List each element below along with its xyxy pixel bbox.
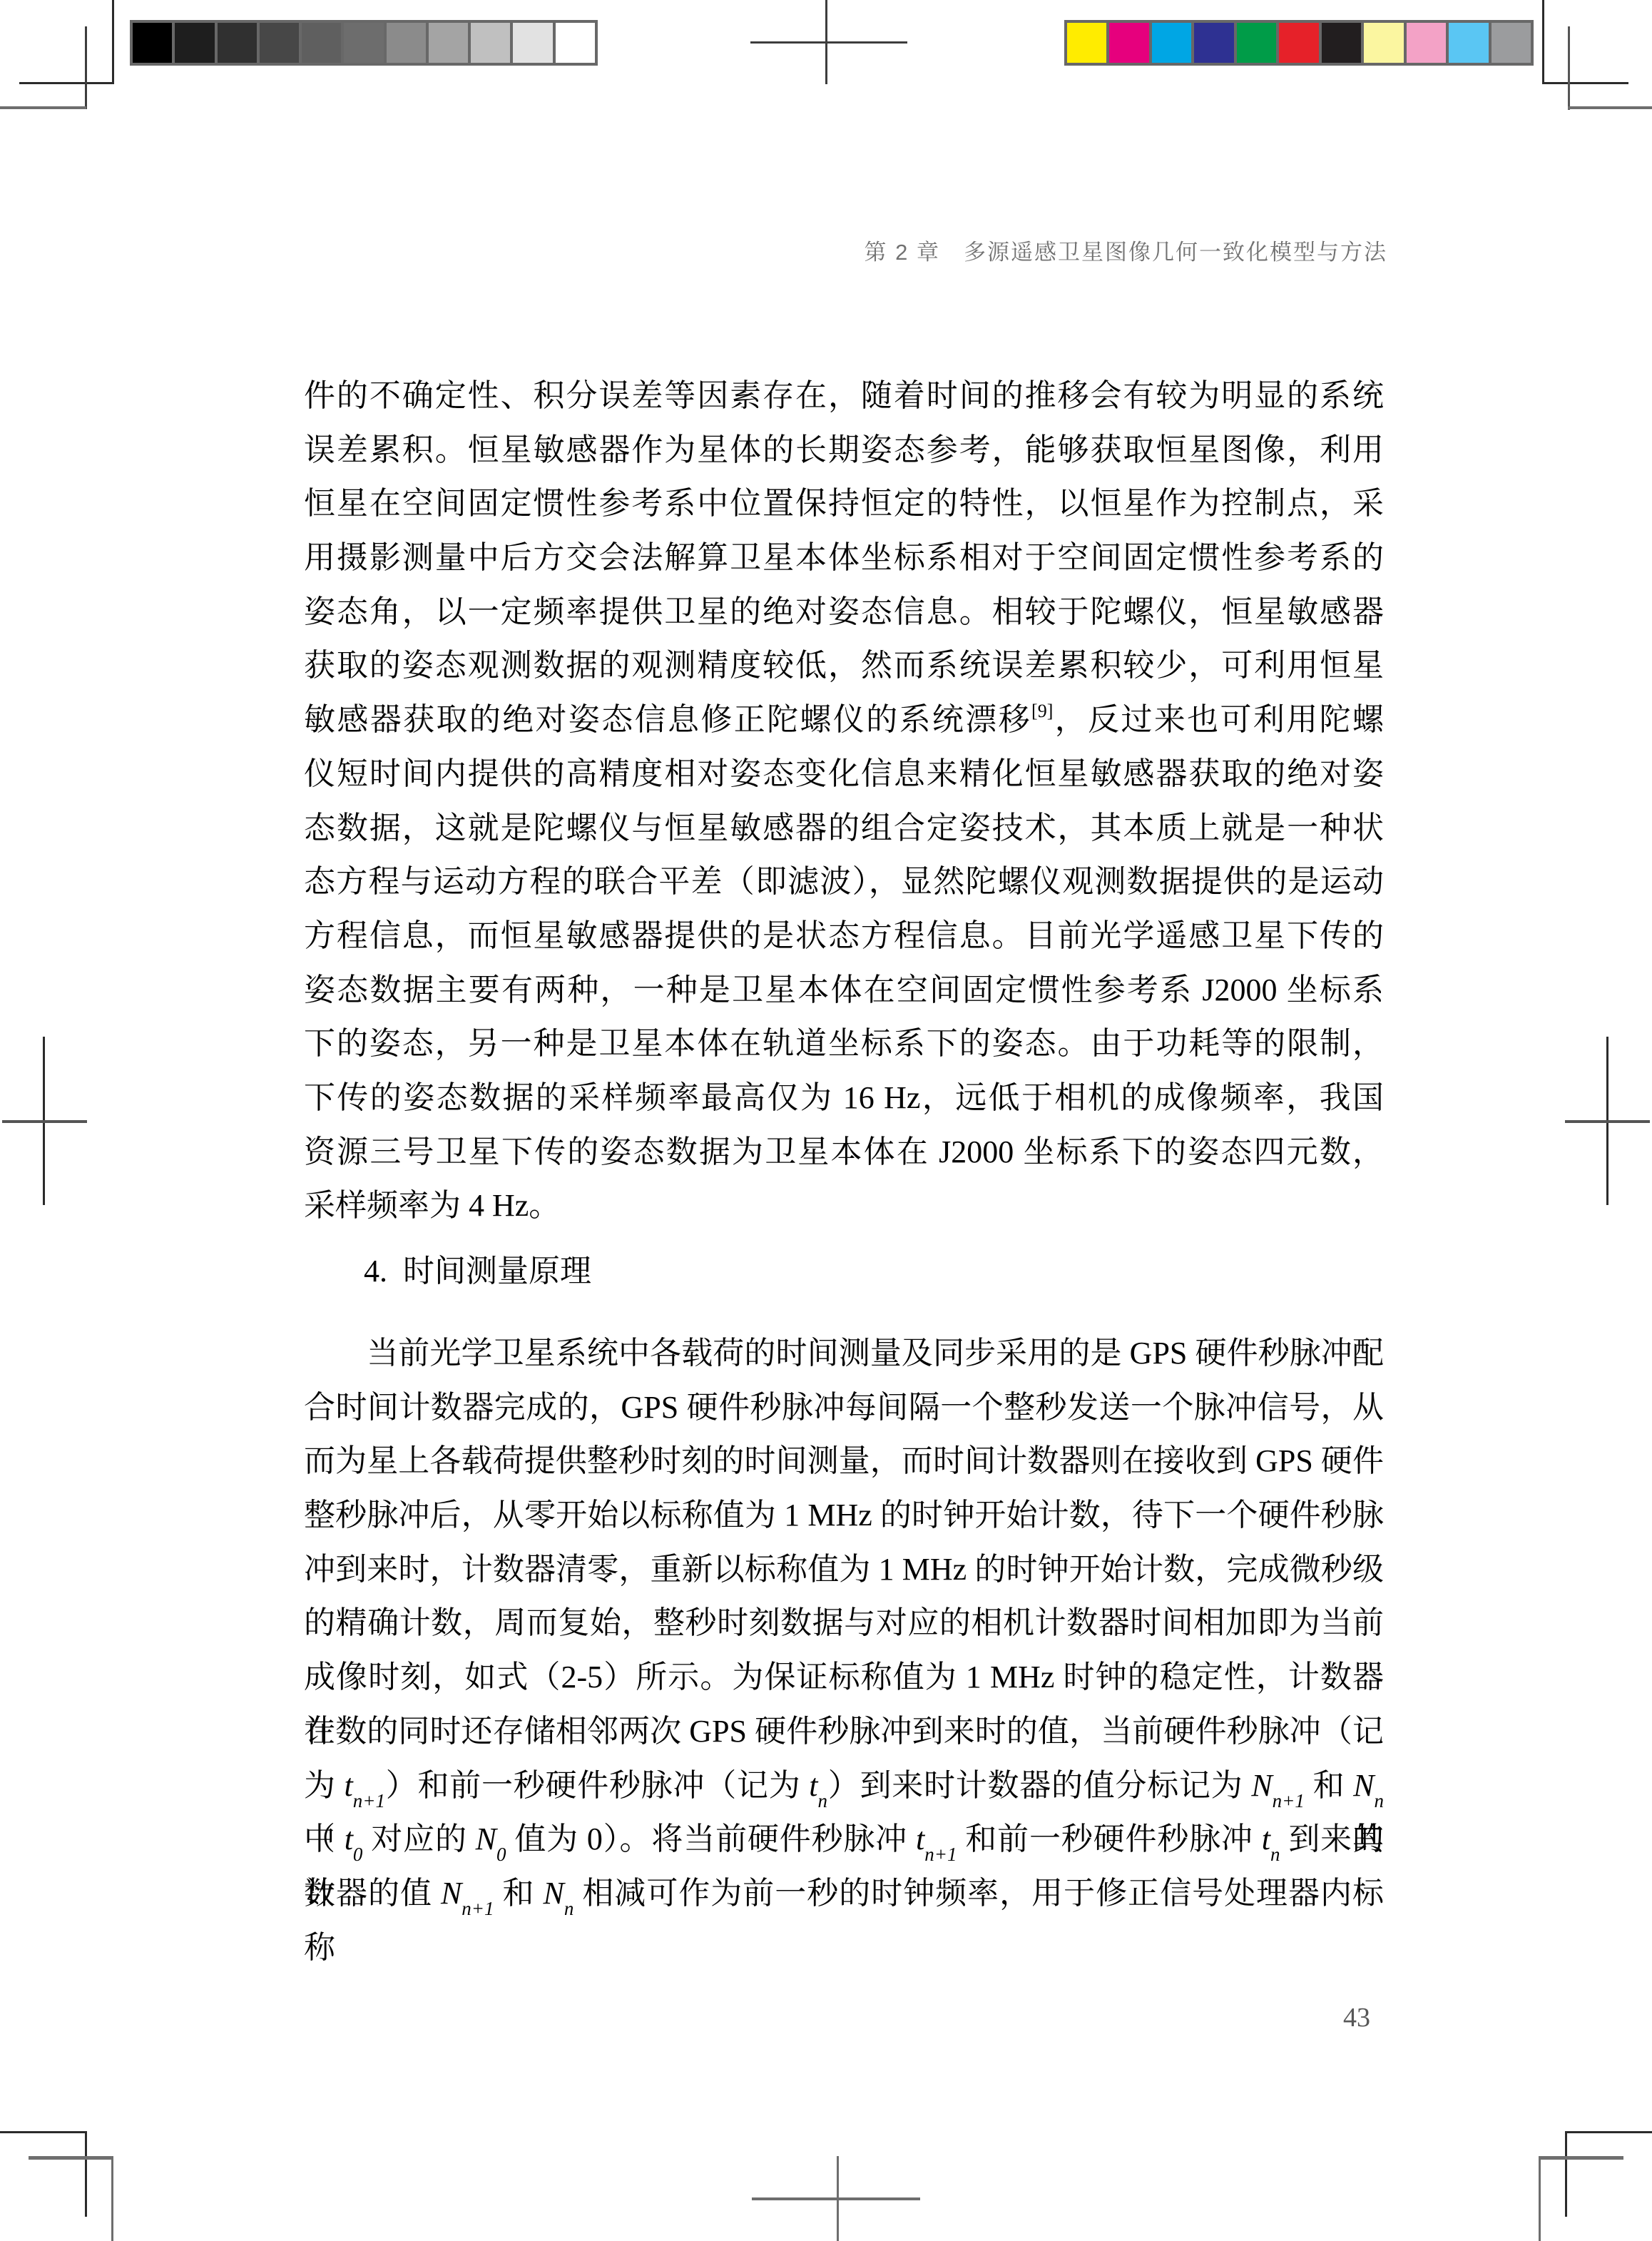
math-subscript: n+1 [462, 1898, 494, 1919]
text-line: 姿态数据主要有两种，一种是卫星本体在空间固定惯性参考系 J2000 坐标系 [304, 963, 1384, 1017]
math-subscript: n+1 [1273, 1790, 1305, 1811]
math-variable: t [345, 1821, 353, 1856]
text-line: 整秒脉冲后，从零开始以标称值为 1 MHz 的时钟开始计数，待下一个硬件秒脉 [304, 1488, 1384, 1543]
calibration-swatch [218, 23, 257, 63]
calibration-swatch [1492, 23, 1531, 63]
text-line: 计数的同时还存储相邻两次 GPS 硬件秒脉冲到来时的值，当前硬件秒脉冲（记 [304, 1704, 1384, 1759]
crop-mark [1539, 2156, 1541, 2241]
calibration-swatch [1449, 23, 1488, 63]
book-page: 第 2 章 多源遥感卫星图像几何一致化模型与方法 件的不确定性、积分误差等因素存… [0, 0, 1652, 2241]
math-variable: N [544, 1876, 564, 1911]
calibration-swatch [1109, 23, 1148, 63]
calibration-swatch [1407, 23, 1446, 63]
calibration-swatch [1237, 23, 1276, 63]
math-variable: t [1262, 1821, 1270, 1856]
crop-mark [1568, 26, 1570, 110]
text-line: 成像时刻，如式（2-5）所示。为保证标称值为 1 MHz 时钟的稳定性，计数器在 [304, 1650, 1384, 1704]
text-line: 恒星在空间固定惯性参考系中位置保持恒定的特性，以恒星作为控制点，采 [304, 477, 1384, 531]
text-line: 敏感器获取的绝对姿态信息修正陀螺仪的系统漂移[9]，反过来也可利用陀螺 [304, 693, 1384, 747]
crop-mark [1542, 82, 1628, 84]
calibration-swatch [1152, 23, 1191, 63]
text-line: 态数据，这就是陀螺仪与恒星敏感器的组合定姿技术，其本质上就是一种状 [304, 801, 1384, 855]
math-subscript: n [564, 1898, 574, 1919]
math-subscript: n [1270, 1844, 1280, 1865]
math-subscript: n [818, 1790, 828, 1811]
math-subscript: 0 [496, 1844, 506, 1865]
math-subscript: 0 [353, 1844, 363, 1865]
text-line: 采样频率为 4 Hz。 [304, 1179, 1384, 1233]
calibration-swatch [175, 23, 214, 63]
text-line: 的精确计数，周而复始，整秒时刻数据与对应的相机计数器时间相加即为当前 [304, 1596, 1384, 1650]
text-line: 获取的姿态观测数据的观测精度较低，然而系统误差累积较少，可利用恒星 [304, 639, 1384, 693]
text-line: 而为星上各载荷提供整秒时刻的时间测量，而时间计数器则在接收到 GPS 硬件 [304, 1434, 1384, 1488]
calibration-swatch [344, 23, 383, 63]
text-line: 方程信息，而恒星敏感器提供的是状态方程信息。目前光学遥感卫星下传的 [304, 909, 1384, 963]
page-number: 43 [1335, 2002, 1378, 2033]
text-line: 下的姿态，另一种是卫星本体在轨道坐标系下的姿态。由于功耗等的限制， [304, 1017, 1384, 1071]
crop-mark [19, 82, 112, 84]
text-line: 为 tn+1）和前一秒硬件秒脉冲（记为 tn）到来时计数器的值分标记为 Nn+1… [304, 1759, 1384, 1813]
calibration-swatch [429, 23, 468, 63]
crop-mark [1565, 1120, 1650, 1123]
text-line: 当前光学卫星系统中各载荷的时间测量及同步采用的是 GPS 硬件秒脉冲配 [304, 1326, 1384, 1381]
crop-mark [1542, 0, 1544, 84]
paragraph: 当前光学卫星系统中各载荷的时间测量及同步采用的是 GPS 硬件秒脉冲配合时间计数… [304, 1326, 1384, 1921]
text-line: 用摄影测量中后方交会法解算卫星本体坐标系相对于空间固定惯性参考系的 [304, 531, 1384, 585]
calibration-swatch [260, 23, 299, 63]
math-variable: t [809, 1768, 817, 1803]
crop-mark [85, 26, 87, 109]
text-line: 合时间计数器完成的，GPS 硬件秒脉冲每间隔一个整秒发送一个脉冲信号，从 [304, 1381, 1384, 1435]
crop-mark [0, 106, 86, 109]
text-line: 冲到来时，计数器清零，重新以标称值为 1 MHz 的时钟开始计数，完成微秒级 [304, 1543, 1384, 1597]
text-line: 资源三号卫星下传的姿态数据为卫星本体在 J2000 坐标系下的姿态四元数， [304, 1125, 1384, 1179]
crop-mark [2, 1120, 87, 1123]
text-line: 姿态角，以一定频率提供卫星的绝对姿态信息。相较于陀螺仪，恒星敏感器 [304, 585, 1384, 639]
chapter-running-head: 第 2 章 多源遥感卫星图像几何一致化模型与方法 [304, 234, 1387, 266]
calibration-swatch [387, 23, 426, 63]
section-heading: 4. 时间测量原理 [364, 1250, 591, 1293]
crop-mark [111, 2156, 113, 2241]
math-variable: N [441, 1876, 462, 1911]
calibration-swatch [133, 23, 172, 63]
calibration-swatch [556, 23, 595, 63]
text-line: 中 t0 对应的 N0 值为 0）。将当前硬件秒脉冲 tn+1 和前一秒硬件秒脉… [304, 1812, 1384, 1866]
calibration-swatch [513, 23, 552, 63]
math-variable: t [345, 1768, 353, 1803]
crop-mark [0, 2131, 87, 2133]
calibration-swatch [1322, 23, 1361, 63]
text-line: 误差累积。恒星敏感器作为星体的长期姿态参考，能够获取恒星图像，利用 [304, 423, 1384, 477]
calibration-swatch [1067, 23, 1106, 63]
math-variable: N [1353, 1768, 1374, 1803]
calibration-swatch [1279, 23, 1318, 63]
text-line: 数器的值 Nn+1 和 Nn 相减可作为前一秒的时钟频率，用于修正信号处理器内标… [304, 1866, 1384, 1921]
text-line: 件的不确定性、积分误差等因素存在，随着时间的推移会有较为明显的系统 [304, 369, 1384, 423]
math-subscript: n+1 [353, 1790, 385, 1811]
calibration-swatch [471, 23, 510, 63]
text-line: 下传的姿态数据的采样频率最高仅为 16 Hz，远低于相机的成像频率，我国 [304, 1071, 1384, 1125]
crop-mark [752, 2197, 920, 2200]
math-variable: t [916, 1821, 924, 1856]
paragraph: 件的不确定性、积分误差等因素存在，随着时间的推移会有较为明显的系统误差累积。恒星… [304, 369, 1384, 1233]
crop-mark [112, 0, 114, 84]
math-subscript: n+1 [924, 1844, 957, 1865]
crop-mark [29, 2156, 113, 2160]
math-variable: N [1251, 1768, 1272, 1803]
text-line: 仪短时间内提供的高精度相对姿态变化信息来精化恒星敏感器获取的绝对姿 [304, 747, 1384, 801]
crop-mark [1539, 2156, 1623, 2160]
color-calibration-bar [1064, 20, 1534, 66]
crop-mark [1565, 2131, 1652, 2133]
crop-mark [750, 41, 907, 44]
calibration-swatch [1364, 23, 1403, 63]
crop-mark [1565, 2131, 1567, 2217]
citation-superscript: [9] [1031, 701, 1053, 721]
crop-mark [85, 2131, 87, 2217]
crop-mark [1568, 106, 1652, 109]
math-subscript: n [1375, 1790, 1385, 1811]
math-variable: N [476, 1821, 496, 1856]
calibration-swatch [302, 23, 341, 63]
text-line: 态方程与运动方程的联合平差（即滤波），显然陀螺仪观测数据提供的是运动 [304, 855, 1384, 909]
calibration-swatch [1194, 23, 1233, 63]
grayscale-calibration-bar [130, 20, 598, 66]
